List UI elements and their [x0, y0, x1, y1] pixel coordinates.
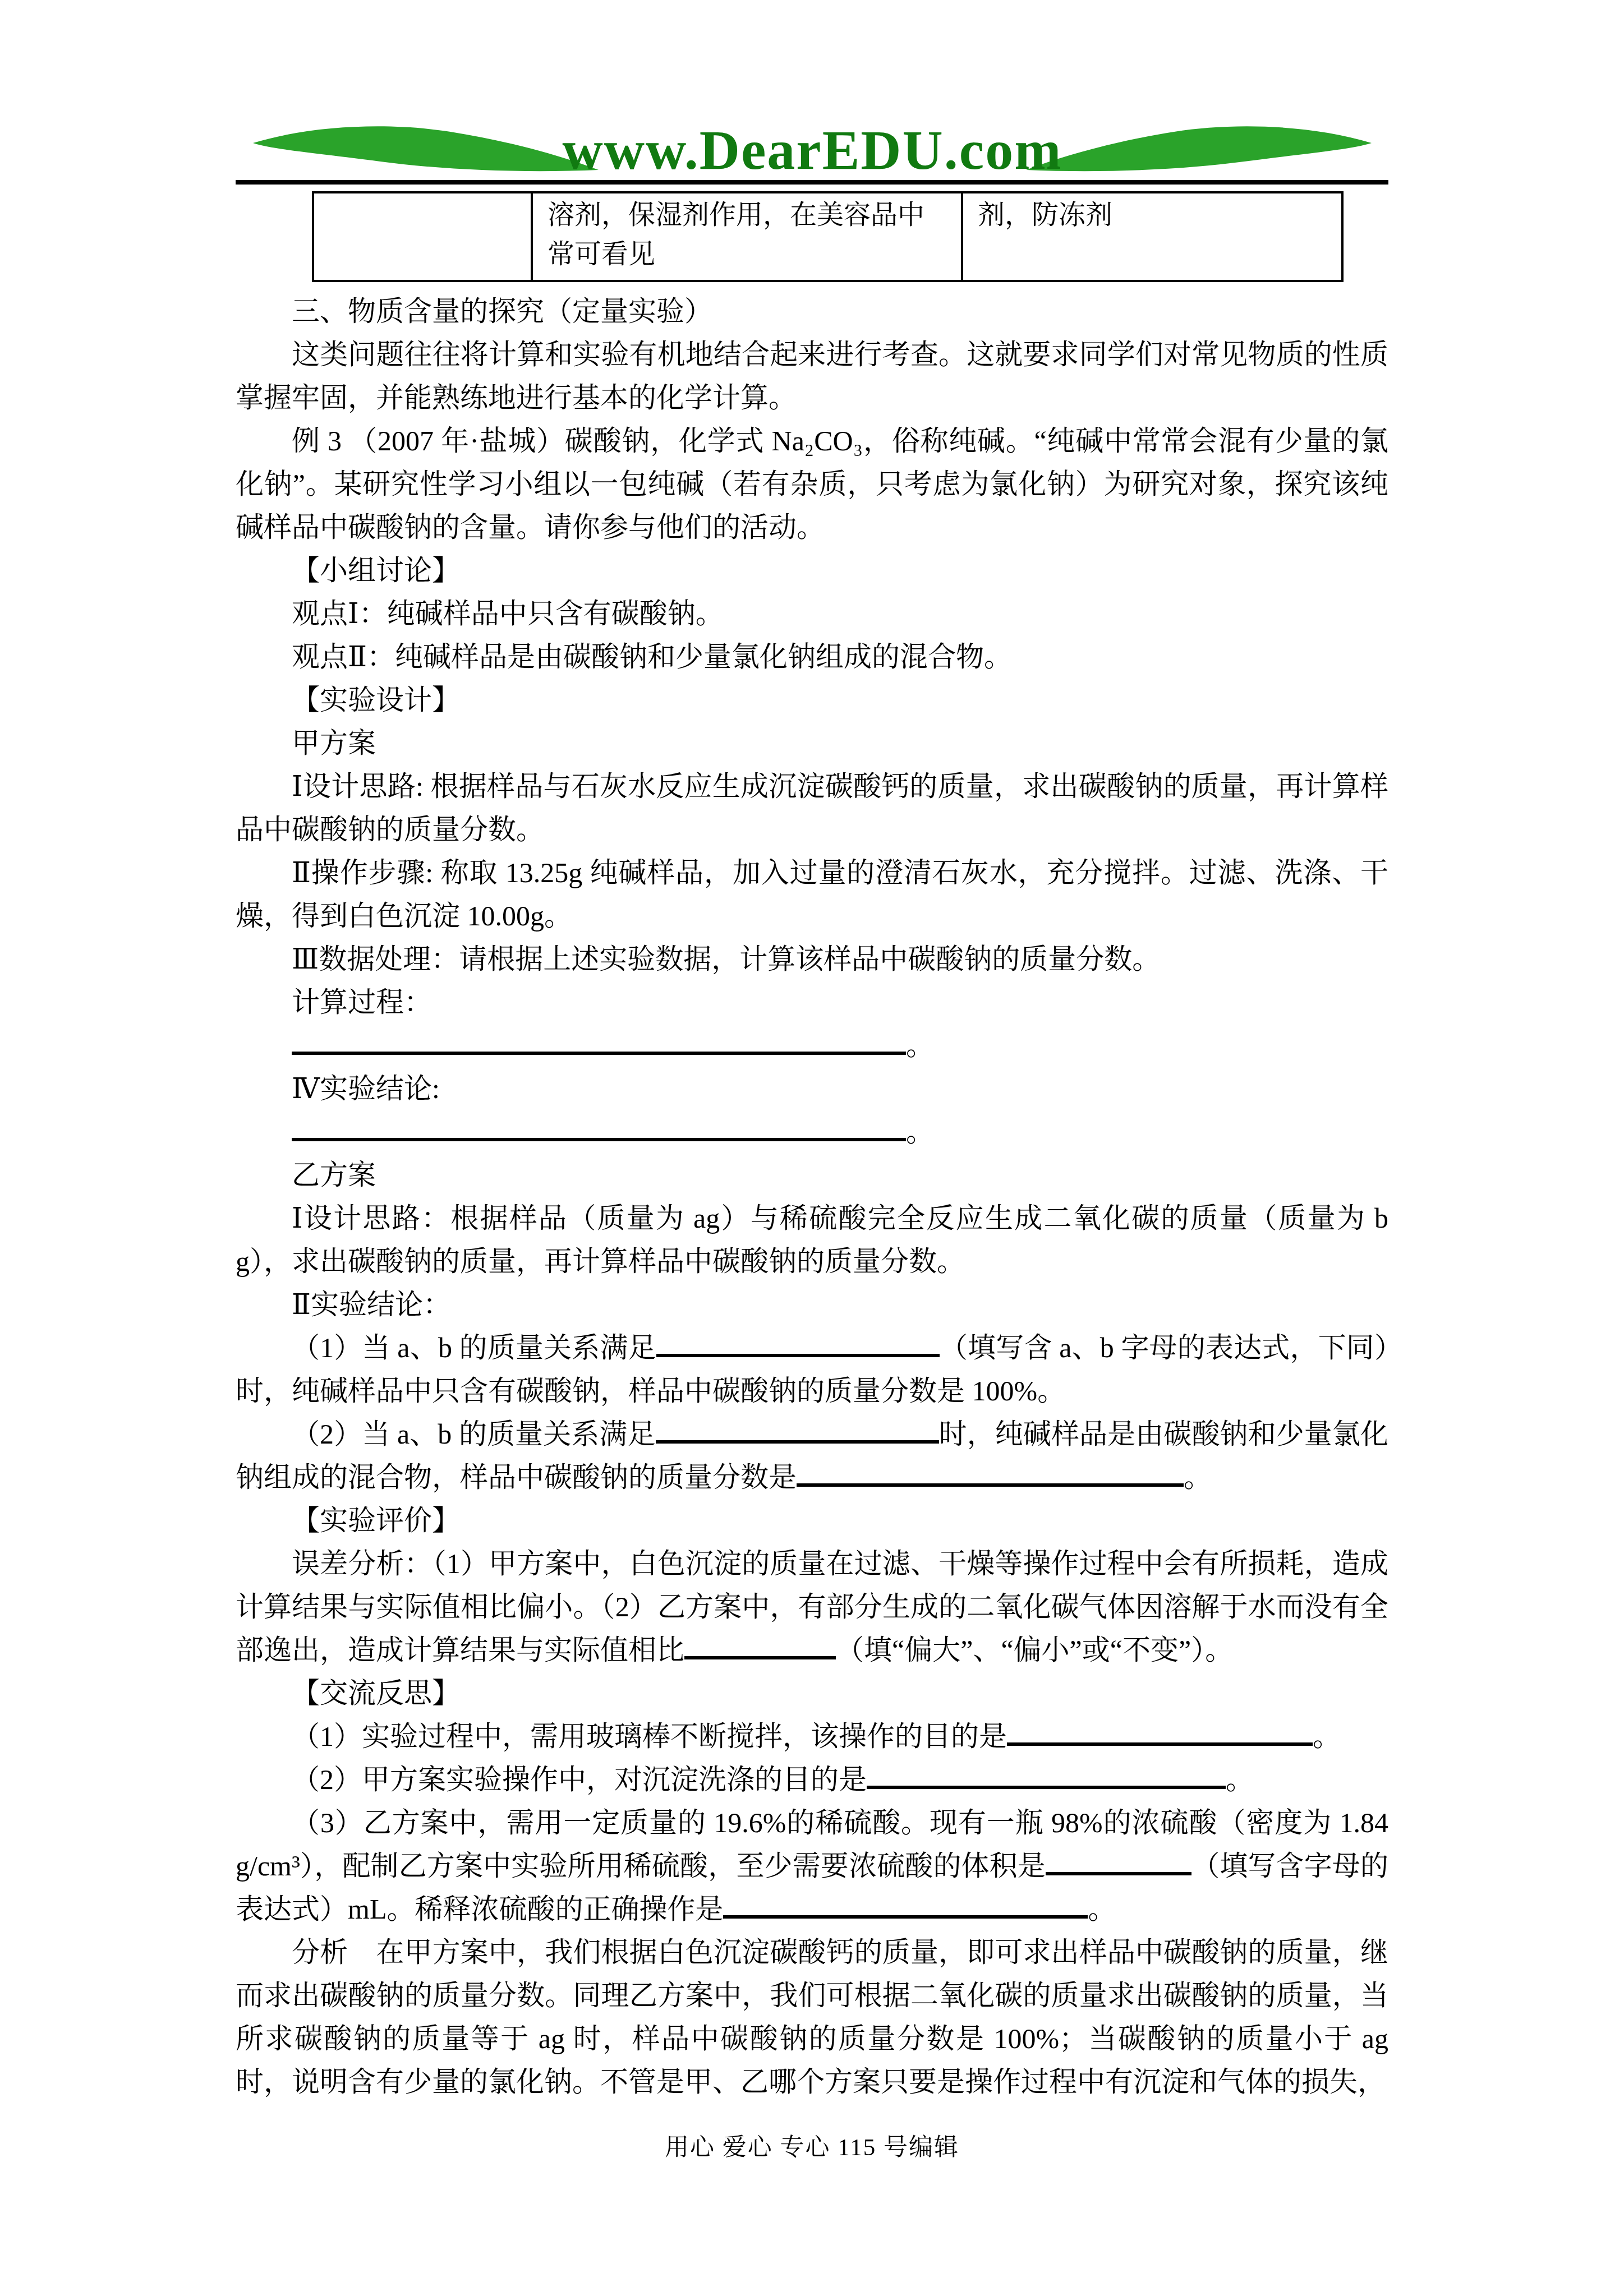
answer-blank — [292, 1138, 906, 1141]
fill-text: （1）实验过程中，需用玻璃棒不断搅拌，该操作的目的是 — [292, 1721, 1007, 1752]
label-plan-b-conclusion: Ⅱ实验结论： — [236, 1283, 1388, 1326]
heading-plan-a: 甲方案 — [236, 722, 1388, 765]
paragraph-plan-a-steps: Ⅱ操作步骤: 称取 13.25g 纯碱样品，加入过量的澄清石灰水，充分搅拌。过滤… — [236, 851, 1388, 938]
logo-swoosh-left-icon — [253, 126, 599, 171]
label-plan-a-conclusion: Ⅳ实验结论: — [236, 1067, 1388, 1110]
answer-blank — [292, 1052, 906, 1055]
fill-text: 。 — [1313, 1721, 1341, 1752]
answer-blank — [1007, 1742, 1313, 1746]
fill-text: （2）甲方案实验操作中，对沉淀洗涤的目的是 — [292, 1764, 867, 1795]
heading-group-discussion: 【小组讨论】 — [236, 549, 1388, 592]
table-cell-antifreeze: 剂，防冻剂 — [962, 192, 1342, 281]
fill-text: 。 — [1184, 1461, 1212, 1493]
answer-line-conclusion: 。 — [236, 1110, 1388, 1154]
answer-line-period: 。 — [906, 1116, 934, 1147]
answer-blank — [797, 1483, 1184, 1487]
fill-text: （1）当 a、b 的质量关系满足 — [292, 1332, 656, 1363]
fill-text: 。 — [1226, 1764, 1254, 1795]
paragraph-fill-b2: （2）当 a、b 的质量关系满足时，纯碱样品是由碳酸钠和少量氯化钠组成的混合物，… — [236, 1413, 1388, 1499]
answer-blank — [656, 1440, 939, 1444]
footer-note: 用心 爱心 专心 115 号编辑 — [0, 2128, 1624, 2163]
paragraph-reflect-2: （2）甲方案实验操作中，对沉淀洗涤的目的是。 — [236, 1758, 1388, 1801]
logo-graphic: www.DearEDU.com — [249, 115, 1376, 182]
document-body: 三、物质含量的探究（定量实验） 这类问题往往将计算和实验有机地结合起来进行考查。… — [236, 290, 1388, 2104]
paragraph-error-analysis: 误差分析：（1）甲方案中，白色沉淀的质量在过滤、干燥等操作过程中会有所损耗，造成… — [236, 1542, 1388, 1672]
answer-blank — [1046, 1872, 1191, 1875]
logo-text: www.DearEDU.com — [562, 119, 1062, 181]
heading-experiment-design: 【实验设计】 — [236, 679, 1388, 722]
heading-reflection: 【交流反思】 — [236, 1672, 1388, 1715]
answer-blank — [723, 1915, 1088, 1919]
fill-text: （填“偏大”、“偏小”或“不变”）。 — [836, 1634, 1233, 1666]
paragraph-reflect-1: （1）实验过程中，需用玻璃棒不断搅拌，该操作的目的是。 — [236, 1715, 1388, 1758]
paragraph-fill-b1: （1）当 a、b 的质量关系满足（填写含 a、b 字母的表达式，下同）时，纯碱样… — [236, 1326, 1388, 1413]
fill-text: （2）当 a、b 的质量关系满足 — [292, 1418, 656, 1450]
paragraph-view2: 观点Ⅱ：纯碱样品是由碳酸钠和少量氯化钠组成的混合物。 — [236, 635, 1388, 679]
table-cell-empty — [313, 192, 532, 281]
site-logo: www.DearEDU.com — [0, 0, 1624, 185]
paragraph-reflect-3: （3）乙方案中，需用一定质量的 19.6%的稀硫酸。现有一瓶 98%的浓硫酸（密… — [236, 1801, 1388, 1931]
paragraph-view1: 观点Ⅰ：纯碱样品中只含有碳酸钠。 — [236, 592, 1388, 635]
paragraph-plan-b-idea: Ⅰ设计思路：根据样品（质量为 ag）与稀硫酸完全反应生成二氧化碳的质量（质量为 … — [236, 1197, 1388, 1283]
document-page: www.DearEDU.com 溶剂，保湿剂作用，在美容品中常可看见 剂，防冻剂… — [0, 0, 1624, 2296]
answer-blank — [867, 1786, 1226, 1789]
answer-blank — [684, 1656, 836, 1659]
paragraph-plan-a-idea: Ⅰ设计思路: 根据样品与石灰水反应生成沉淀碳酸钙的质量，求出碳酸钠的质量，再计算… — [236, 765, 1388, 851]
paragraph-example3: 例 3 （2007 年·盐城）碳酸钠，化学式 Na₂CO₃，俗称纯碱。“纯碱中常… — [236, 419, 1388, 549]
answer-line-period: 。 — [906, 1030, 934, 1061]
logo-swoosh-right-icon — [1026, 126, 1372, 171]
section-title: 三、物质含量的探究（定量实验） — [236, 290, 1388, 333]
heading-experiment-evaluation: 【实验评价】 — [236, 1499, 1388, 1542]
paragraph-intro: 这类问题往往将计算和实验有机地结合起来进行考查。这就要求同学们对常见物质的性质掌… — [236, 333, 1388, 419]
heading-plan-b: 乙方案 — [236, 1154, 1388, 1197]
page-content: 溶剂，保湿剂作用，在美容品中常可看见 剂，防冻剂 三、物质含量的探究（定量实验）… — [0, 191, 1624, 2104]
fill-text: 。 — [1088, 1893, 1116, 1925]
continuation-table: 溶剂，保湿剂作用，在美容品中常可看见 剂，防冻剂 — [312, 191, 1344, 282]
table-cell-solvent-use: 溶剂，保湿剂作用，在美容品中常可看见 — [532, 192, 962, 281]
label-calc-process: 计算过程： — [236, 981, 1388, 1024]
answer-blank — [656, 1354, 940, 1357]
paragraph-plan-a-data: Ⅲ数据处理：请根据上述实验数据，计算该样品中碳酸钠的质量分数。 — [236, 938, 1388, 981]
paragraph-analysis: 分析 在甲方案中，我们根据白色沉淀碳酸钙的质量，即可求出样品中碳酸钠的质量，继而… — [236, 1931, 1388, 2104]
answer-line-calc: 。 — [236, 1024, 1388, 1067]
table-row: 溶剂，保湿剂作用，在美容品中常可看见 剂，防冻剂 — [313, 192, 1342, 281]
